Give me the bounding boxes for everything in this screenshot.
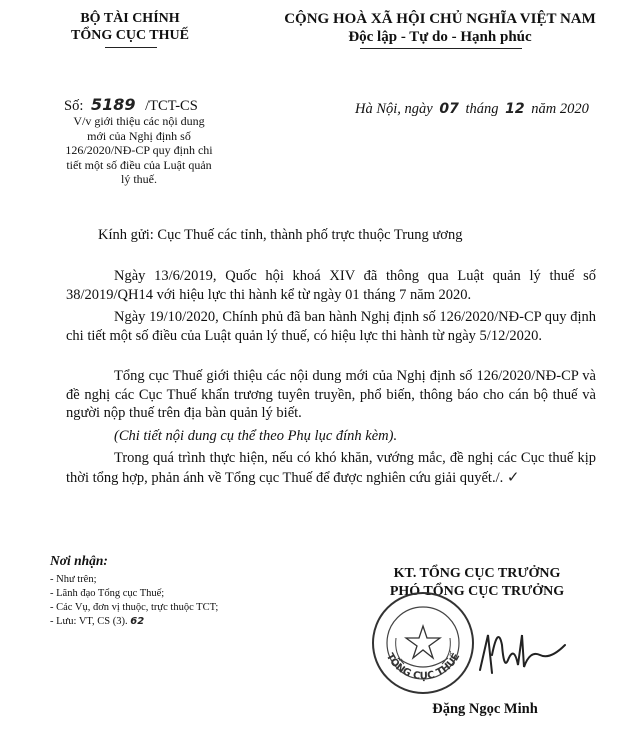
body-paragraph: Tổng cục Thuế giới thiệu các nội dung mớ… bbox=[66, 367, 596, 423]
date-year: năm 2020 bbox=[531, 101, 589, 117]
body-paragraph: Trong quá trình thực hiện, nếu có khó kh… bbox=[66, 449, 596, 487]
initials-mark-icon: ✓ bbox=[507, 468, 520, 486]
date-month-label: tháng bbox=[465, 101, 498, 117]
handwritten-note: 62 bbox=[130, 616, 144, 627]
signature-title-line1: KT. TỔNG CỤC TRƯỞNG bbox=[362, 565, 592, 583]
recipient-item-text: - Lưu: VT, CS (3). bbox=[50, 616, 128, 627]
recipient-item: - Như trên; bbox=[50, 573, 330, 587]
subject-line: mới của Nghị định số bbox=[50, 129, 228, 144]
ministry-name: BỘ TÀI CHÍNH bbox=[30, 10, 230, 27]
seal-emblem-icon: TỔNG CỤC THUẾ bbox=[368, 588, 478, 698]
date-day: 07 bbox=[439, 101, 458, 117]
recipient-line: Kính gửi: Cục Thuế các tỉnh, thành phố t… bbox=[98, 226, 618, 244]
signer-name: Đặng Ngọc Minh bbox=[380, 700, 590, 718]
subject-line: 126/2020/NĐ-CP quy định chi bbox=[50, 143, 228, 158]
document-number: Số: 5189 /TCT-CS bbox=[64, 96, 254, 115]
document-number-suffix: /TCT-CS bbox=[145, 98, 198, 114]
recipients-list: - Như trên; - Lãnh đạo Tổng cục Thuế; - … bbox=[50, 573, 330, 629]
recipient-item: - Lưu: VT, CS (3). 62 bbox=[50, 615, 330, 629]
department-name: TỔNG CỤC THUẾ bbox=[30, 27, 230, 44]
document-number-handwritten: 5189 bbox=[91, 95, 136, 114]
document-number-prefix: Số: bbox=[64, 98, 83, 114]
recipients-title: Nơi nhận: bbox=[50, 553, 108, 569]
body-paragraph: Ngày 13/6/2019, Quốc hội khoá XIV đã thô… bbox=[66, 267, 596, 304]
svg-text:TỔNG CỤC THUẾ: TỔNG CỤC THUẾ bbox=[384, 650, 463, 683]
national-motto: Độc lập - Tự do - Hạnh phúc bbox=[250, 28, 630, 46]
motto-underline bbox=[360, 48, 522, 49]
date-prefix: Hà Nội, ngày bbox=[355, 101, 433, 117]
subject-line: lý thuế. bbox=[50, 172, 228, 187]
signature-stroke-icon bbox=[470, 615, 590, 695]
subject-line: tiết một số điều của Luật quản bbox=[50, 158, 228, 173]
document-subject: V/v giới thiệu các nội dung mới của Nghị… bbox=[50, 114, 228, 187]
subject-line: V/v giới thiệu các nội dung bbox=[50, 114, 228, 129]
recipient-item: - Lãnh đạo Tổng cục Thuế; bbox=[50, 587, 330, 601]
date-month: 12 bbox=[505, 101, 524, 117]
body-paragraph: Ngày 19/10/2020, Chính phủ đã ban hành N… bbox=[66, 308, 596, 345]
department-underline bbox=[105, 47, 157, 48]
issue-date: Hà Nội, ngày 07 tháng 12 năm 2020 bbox=[355, 100, 625, 118]
official-seal: TỔNG CỤC THUẾ bbox=[368, 588, 478, 698]
body-paragraph-note: (Chi tiết nội dung cụ thể theo Phụ lục đ… bbox=[66, 427, 596, 446]
recipient-item: - Các Vụ, đơn vị thuộc, trực thuộc TCT; bbox=[50, 601, 330, 615]
handwritten-signature bbox=[470, 615, 590, 695]
country-name: CỘNG HOÀ XÃ HỘI CHỦ NGHĨA VIỆT NAM bbox=[250, 10, 630, 28]
